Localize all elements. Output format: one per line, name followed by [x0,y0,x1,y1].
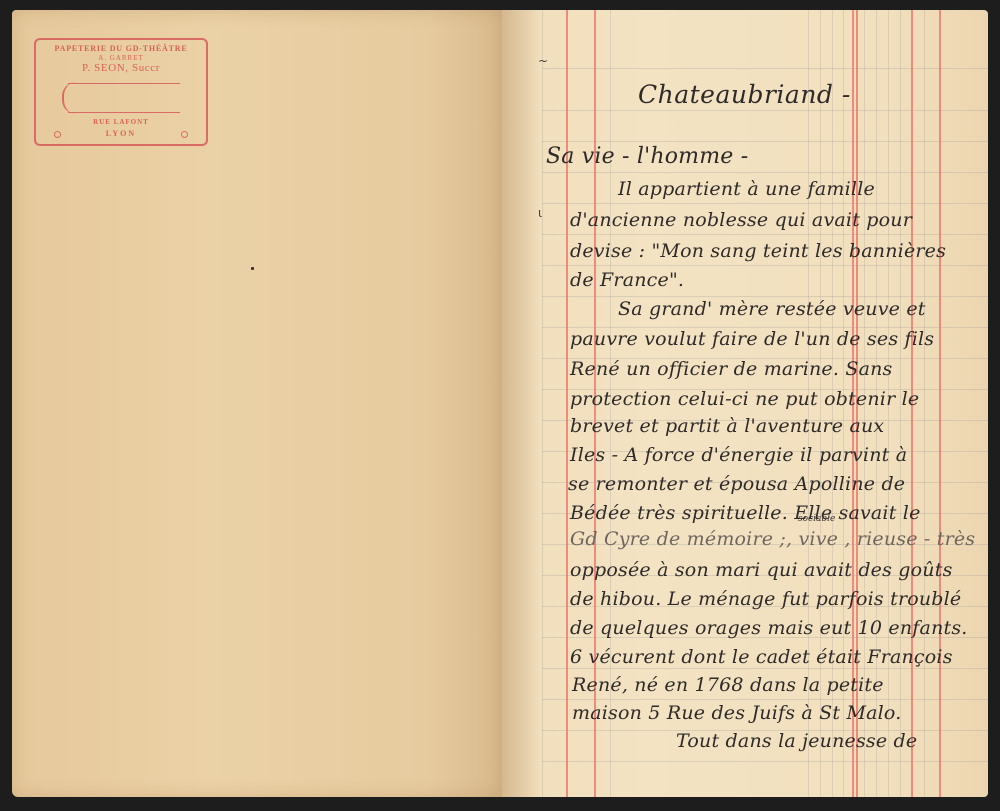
text-line: René un officier de marine. Sans [570,358,893,380]
left-page-endpaper: PAPETERIE DU GD-THÉÂTRE A. GARRET P. SEO… [12,10,502,797]
text-line: maison 5 Rue des Juifs à St Malo. [572,702,901,724]
text-line: brevet et partit à l'aventure aux [570,415,884,437]
notebook-scan: PAPETERIE DU GD-THÉÂTRE A. GARRET P. SEO… [0,0,1000,811]
stamp-shop-name: PAPETERIE DU GD-THÉÂTRE [36,44,206,53]
text-line: de quelques orages mais eut 10 enfants. [570,617,968,639]
text-line: de France". [570,269,684,291]
stamp-street: RUE LAFONT [36,118,206,126]
text-line: 6 vécurent dont le cadet était François [570,646,953,668]
stamp-blank-field [68,83,180,113]
text-line: d'ancienne noblesse qui avait pour [570,209,912,231]
insertion-above-line: sociable [798,514,835,524]
text-line: Gd Cyre de mémoire ;, vive , rieuse - tr… [570,528,975,550]
stationer-stamp: PAPETERIE DU GD-THÉÂTRE A. GARRET P. SEO… [34,38,208,146]
text-line: se remonter et épousa Apolline de [568,473,905,495]
stamp-owner: A. GARRET [36,54,206,62]
text-line: Il appartient à une famille [618,178,875,200]
text-line: René, né en 1768 dans la petite [572,674,884,696]
text-line: pauvre voulut faire de l'un de ses fils [570,328,934,350]
stamp-successor: P. SEON, Succr [36,62,206,74]
essay-title: Chateaubriand - [638,80,851,109]
text-line: Tout dans la jeunesse de [676,730,917,752]
text-line: protection celui-ci ne put obtenir le [570,388,919,410]
text-line: devise : "Mon sang teint les bannières [570,240,946,262]
handwritten-text: Chateaubriand - Sa vie - l'homme - Il ap… [502,10,988,797]
paper-speck [251,267,254,270]
text-line: de hibou. Le ménage fut parfois troublé [570,588,961,610]
stamp-ornament-right-icon [181,131,188,138]
text-line: Iles - A force d'énergie il parvint à [570,444,907,466]
text-line: Bédée très spirituelle. Elle savait le [570,502,921,524]
right-page-lined: ~ ɩ Chateaubriand - Sa vie - l'homme - I… [502,10,988,797]
text-line: opposée à son mari qui avait des goûts [570,559,953,581]
text-line: Sa grand' mère restée veuve et [618,298,926,320]
section-heading: Sa vie - l'homme - [546,144,748,169]
